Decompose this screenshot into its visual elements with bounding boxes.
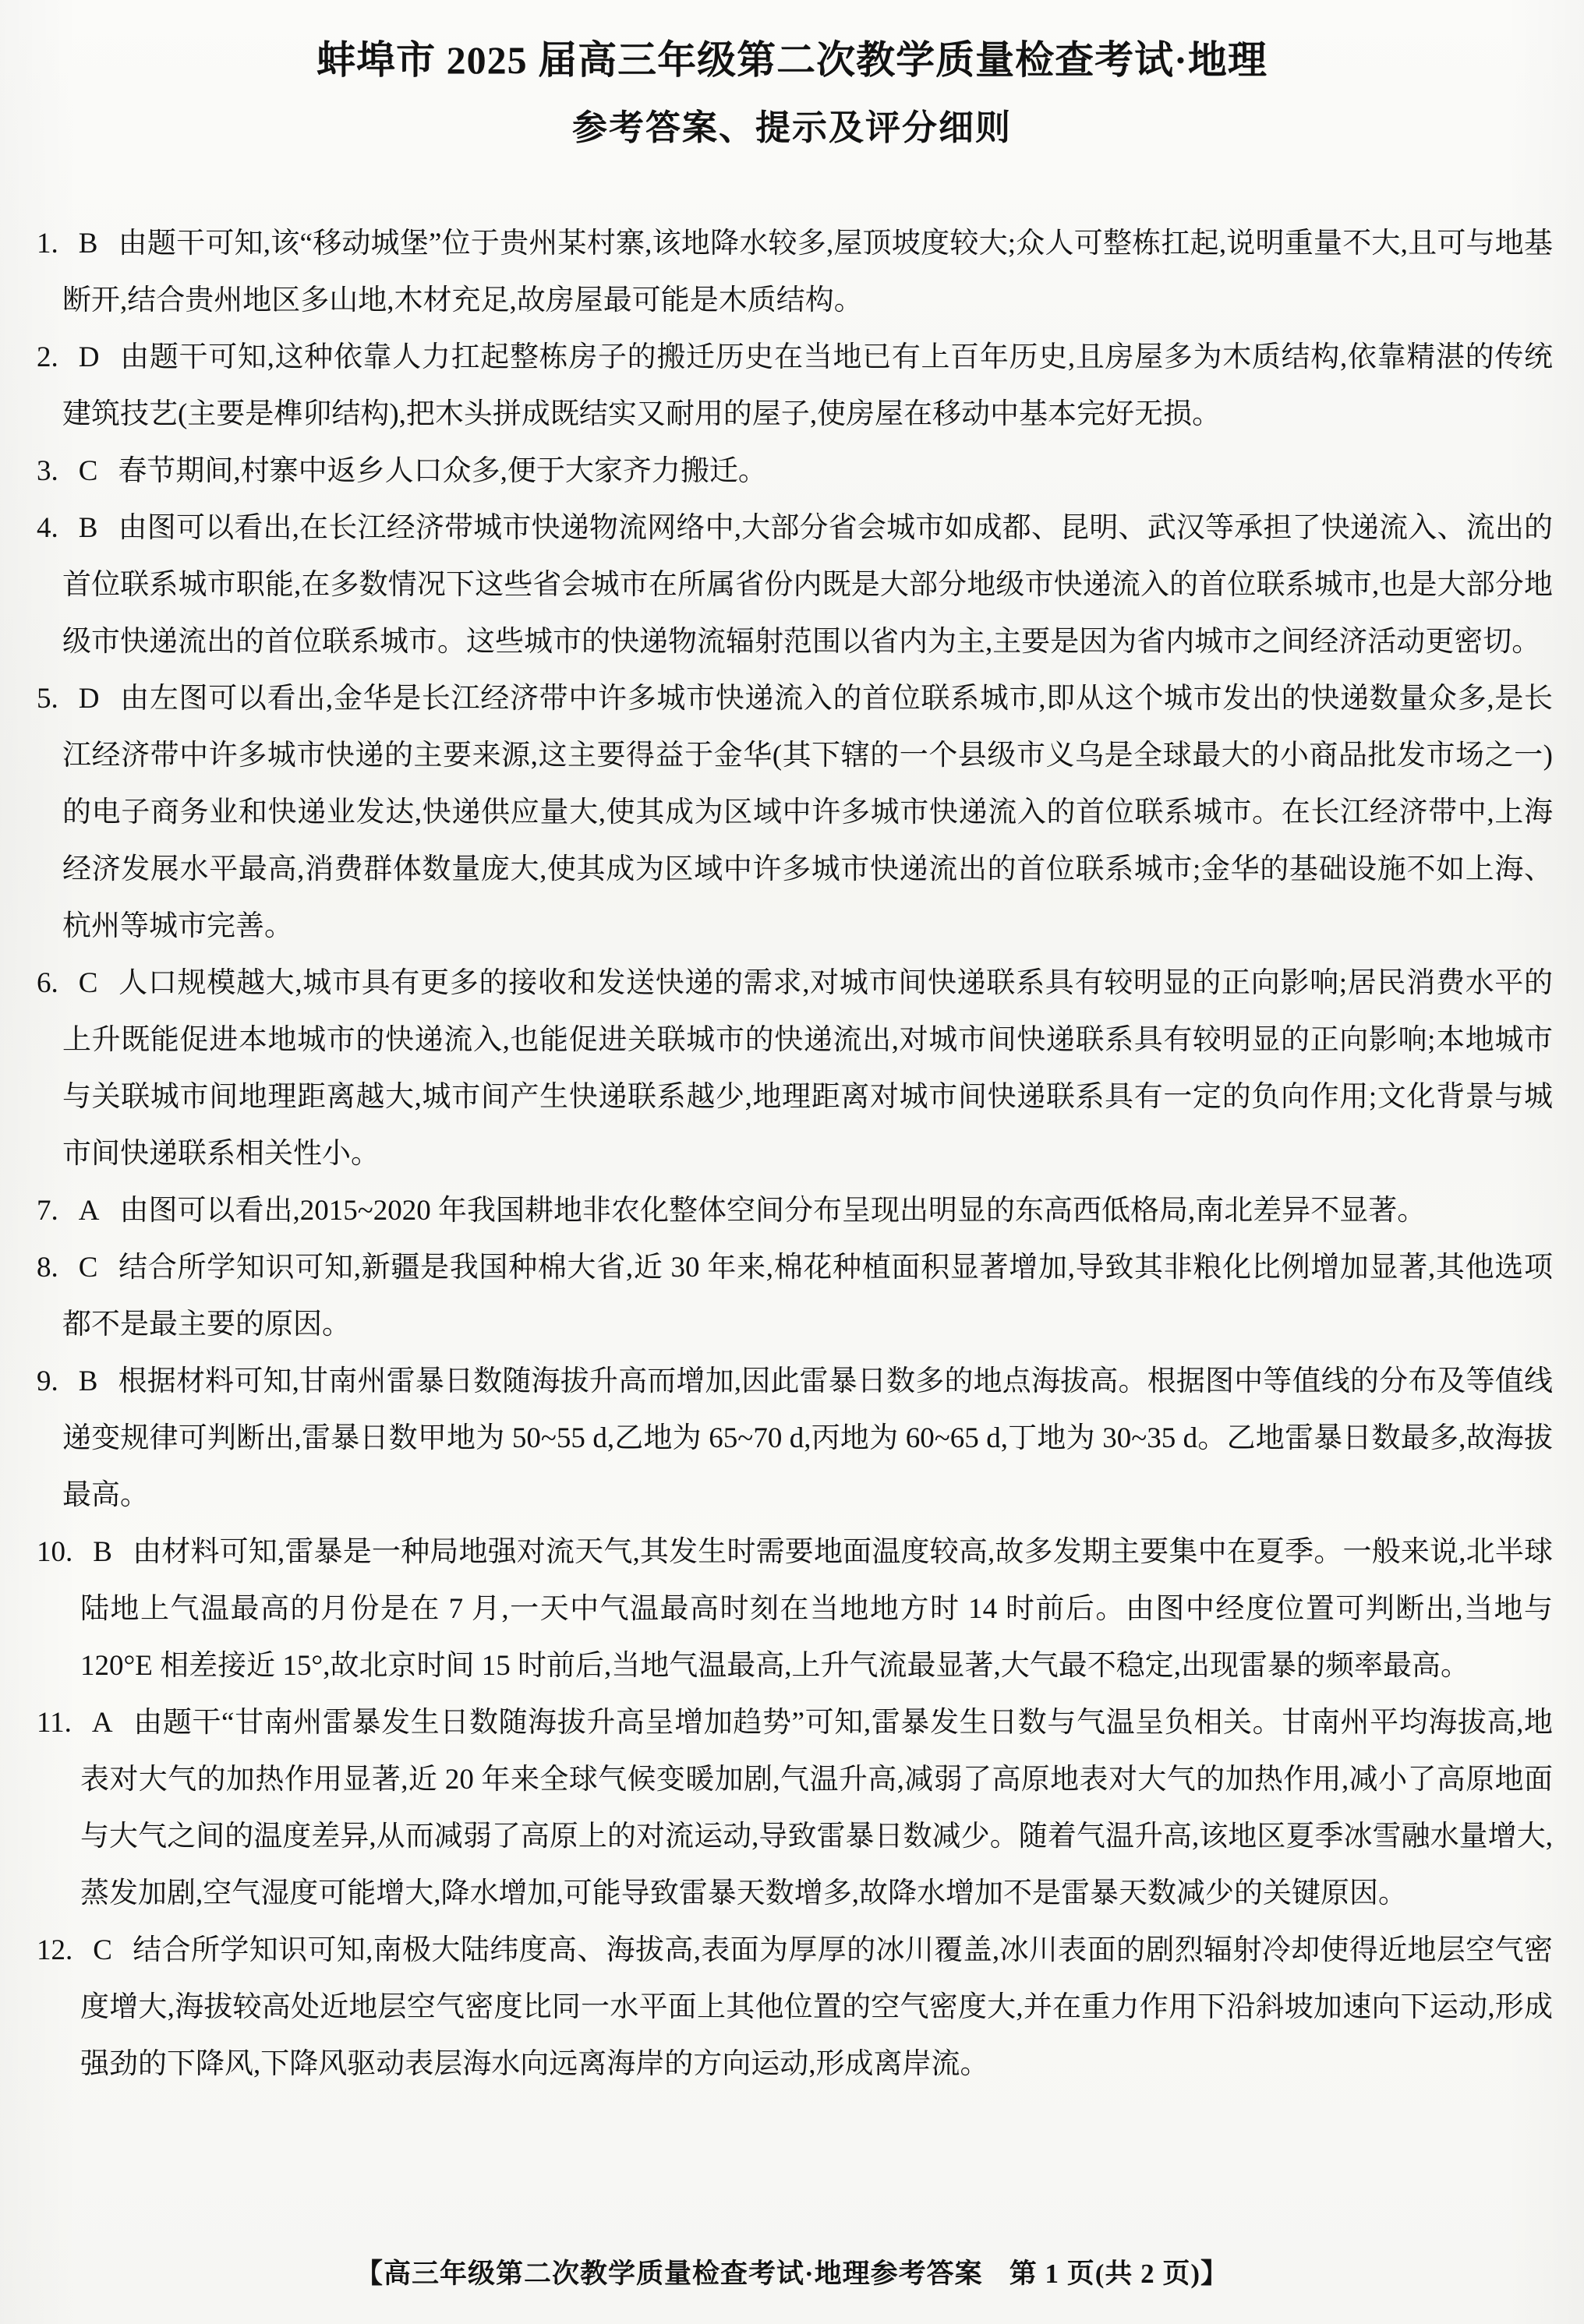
answer-choice: C xyxy=(79,455,118,487)
answer-list: 1.B由题干可知,该“移动城堡”位于贵州某村寨,该地降水较多,屋顶坡度较大;众人… xyxy=(0,215,1553,2093)
answer-number: 3. xyxy=(37,455,79,487)
answer-item: 7.A由图可以看出,2015~2020 年我国耕地非农化整体空间分布呈现出明显的… xyxy=(62,1182,1553,1239)
answer-explanation: 人口规模越大,城市具有更多的接收和发送快递的需求,对城市间快递联系具有较明显的正… xyxy=(62,967,1553,1170)
answer-choice: A xyxy=(79,1195,120,1227)
answer-choice: D xyxy=(79,341,120,373)
answer-number: 12. xyxy=(37,1934,93,1966)
answer-number: 5. xyxy=(37,683,79,715)
answer-item: 4.B由图可以看出,在长江经济带城市快递物流网络中,大部分省会城市如成都、昆明、… xyxy=(62,500,1553,670)
answer-item: 3.C春节期间,村寨中返乡人口众多,便于大家齐力搬迁。 xyxy=(62,443,1553,500)
footer-page-number: 第 1 页(共 2 页)】 xyxy=(1009,2259,1229,2289)
answer-choice: C xyxy=(93,1934,133,1966)
answer-number: 8. xyxy=(37,1252,79,1284)
answer-item: 6.C人口规模越大,城市具有更多的接收和发送快递的需求,对城市间快递联系具有较明… xyxy=(62,955,1553,1182)
answer-item: 2.D由题干可知,这种依靠人力扛起整栋房子的搬迁历史在当地已有上百年历史,且房屋… xyxy=(62,329,1553,443)
page-footer: 【高三年级第二次教学质量检查考试·地理参考答案第 1 页(共 2 页)】 xyxy=(0,2252,1584,2291)
answer-choice: C xyxy=(79,967,118,999)
answer-explanation: 结合所学知识可知,新疆是我国种棉大省,近 30 年来,棉花种植面积显著增加,导致… xyxy=(62,1252,1553,1340)
answer-explanation: 由材料可知,雷暴是一种局地强对流天气,其发生时需要地面温度较高,故多发期主要集中… xyxy=(80,1536,1553,1682)
footer-exam-name: 【高三年级第二次教学质量检查考试· xyxy=(355,2259,815,2289)
answer-explanation: 由图可以看出,在长江经济带城市快递物流网络中,大部分省会城市如成都、昆明、武汉等… xyxy=(62,512,1553,658)
answer-item: 5.D由左图可以看出,金华是长江经济带中许多城市快递流入的首位联系城市,即从这个… xyxy=(62,670,1553,955)
answer-explanation: 根据材料可知,甘南州雷暴日数随海拔升高而增加,因此雷暴日数多的地点海拔高。根据图… xyxy=(62,1365,1553,1511)
answer-item: 11.A由题干“甘南州雷暴发生日数随海拔升高呈增加趋势”可知,雷暴发生日数与气温… xyxy=(80,1694,1553,1922)
answer-number: 4. xyxy=(37,512,79,544)
page-title: 蚌埠市 2025 届高三年级第二次教学质量检查考试·地理 xyxy=(0,0,1584,86)
answer-item: 12.C结合所学知识可知,南极大陆纬度高、海拔高,表面为厚厚的冰川覆盖,冰川表面… xyxy=(80,1922,1553,2093)
answer-number: 7. xyxy=(37,1195,79,1227)
answer-choice: C xyxy=(79,1252,118,1284)
answer-number: 2. xyxy=(37,341,79,373)
answer-number: 10. xyxy=(37,1536,93,1568)
answer-explanation: 由题干可知,这种依靠人力扛起整栋房子的搬迁历史在当地已有上百年历史,且房屋多为木… xyxy=(62,341,1553,430)
answer-explanation: 由题干“甘南州雷暴发生日数随海拔升高呈增加趋势”可知,雷暴发生日数与气温呈负相关… xyxy=(80,1707,1553,1909)
answer-choice: B xyxy=(79,1365,118,1397)
document-page: 蚌埠市 2025 届高三年级第二次教学质量检查考试·地理 参考答案、提示及评分细… xyxy=(0,0,1584,2324)
answer-item: 1.B由题干可知,该“移动城堡”位于贵州某村寨,该地降水较多,屋顶坡度较大;众人… xyxy=(62,215,1553,329)
answer-choice: B xyxy=(79,512,118,544)
answer-explanation: 由图可以看出,2015~2020 年我国耕地非农化整体空间分布呈现出明显的东高西… xyxy=(119,1195,1426,1227)
answer-item: 9.B根据材料可知,甘南州雷暴日数随海拔升高而增加,因此雷暴日数多的地点海拔高。… xyxy=(62,1353,1553,1524)
footer-subject-label: 地理参考答案 xyxy=(815,2259,983,2289)
answer-explanation: 由左图可以看出,金华是长江经济带中许多城市快递流入的首位联系城市,即从这个城市发… xyxy=(62,683,1553,942)
answer-choice: B xyxy=(93,1536,133,1568)
answer-choice: D xyxy=(79,683,120,715)
answer-explanation: 由题干可知,该“移动城堡”位于贵州某村寨,该地降水较多,屋顶坡度较大;众人可整栋… xyxy=(62,228,1553,316)
answer-number: 9. xyxy=(37,1365,79,1397)
answer-explanation: 结合所学知识可知,南极大陆纬度高、海拔高,表面为厚厚的冰川覆盖,冰川表面的剧烈辐… xyxy=(80,1934,1553,2080)
answer-choice: B xyxy=(79,228,118,260)
answer-number: 6. xyxy=(37,967,79,999)
answer-explanation: 春节期间,村寨中返乡人口众多,便于大家齐力搬迁。 xyxy=(118,455,767,487)
answer-item: 8.C结合所学知识可知,新疆是我国种棉大省,近 30 年来,棉花种植面积显著增加… xyxy=(62,1239,1553,1353)
answer-number: 1. xyxy=(37,228,79,260)
page-subtitle: 参考答案、提示及评分细则 xyxy=(0,104,1584,151)
answer-number: 11. xyxy=(37,1707,92,1739)
answer-item: 10.B由材料可知,雷暴是一种局地强对流天气,其发生时需要地面温度较高,故多发期… xyxy=(80,1524,1553,1694)
answer-choice: A xyxy=(92,1707,133,1739)
